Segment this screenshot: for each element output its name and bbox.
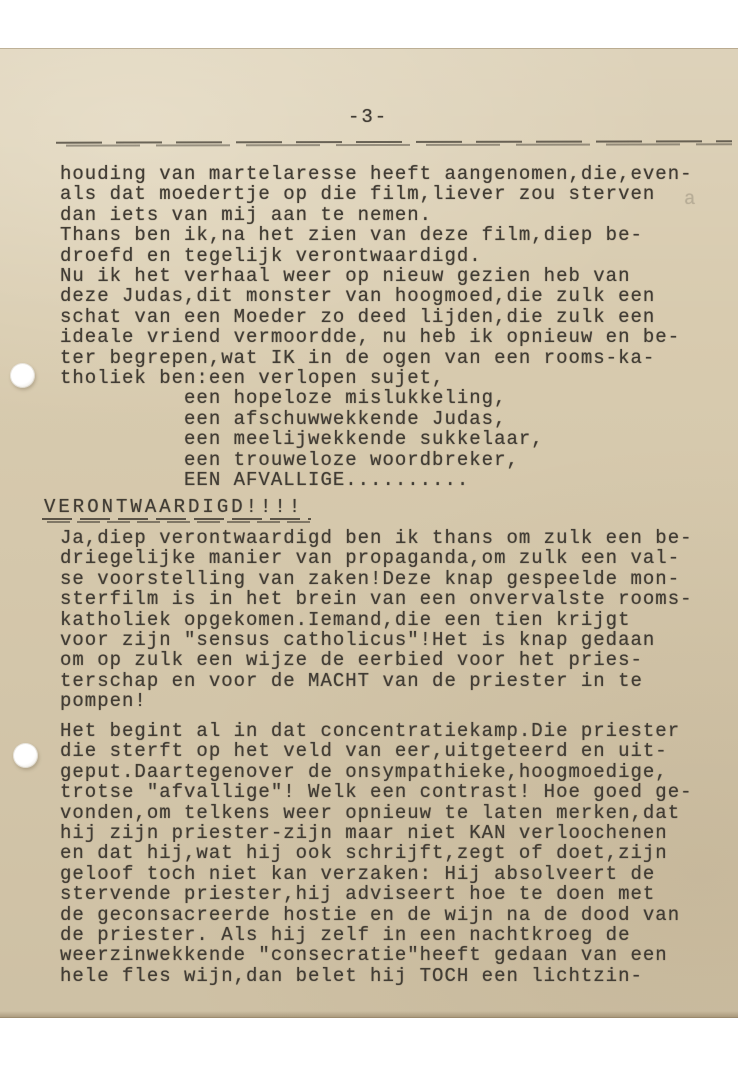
ghost-character: a — [684, 188, 695, 210]
page-number: -3- — [348, 106, 388, 128]
hole-punch-icon — [13, 743, 38, 768]
paragraph-opening: houding van martelaresse heeft aangenome… — [60, 164, 693, 491]
section-heading-text: VERONTWAARDIGD!!!! — [44, 496, 303, 521]
paragraph-verontwaardigd: Ja,diep verontwaardigd ben ik thans om z… — [60, 528, 693, 712]
hole-punch-icon — [10, 363, 35, 388]
section-heading: VERONTWAARDIGD!!!! — [44, 496, 303, 521]
document-page: -3- houding van martelaresse heeft aange… — [0, 48, 738, 1018]
paragraph-concentratiekamp: Het begint al in dat concentratiekamp.Di… — [60, 721, 693, 986]
header-rule — [56, 140, 732, 147]
